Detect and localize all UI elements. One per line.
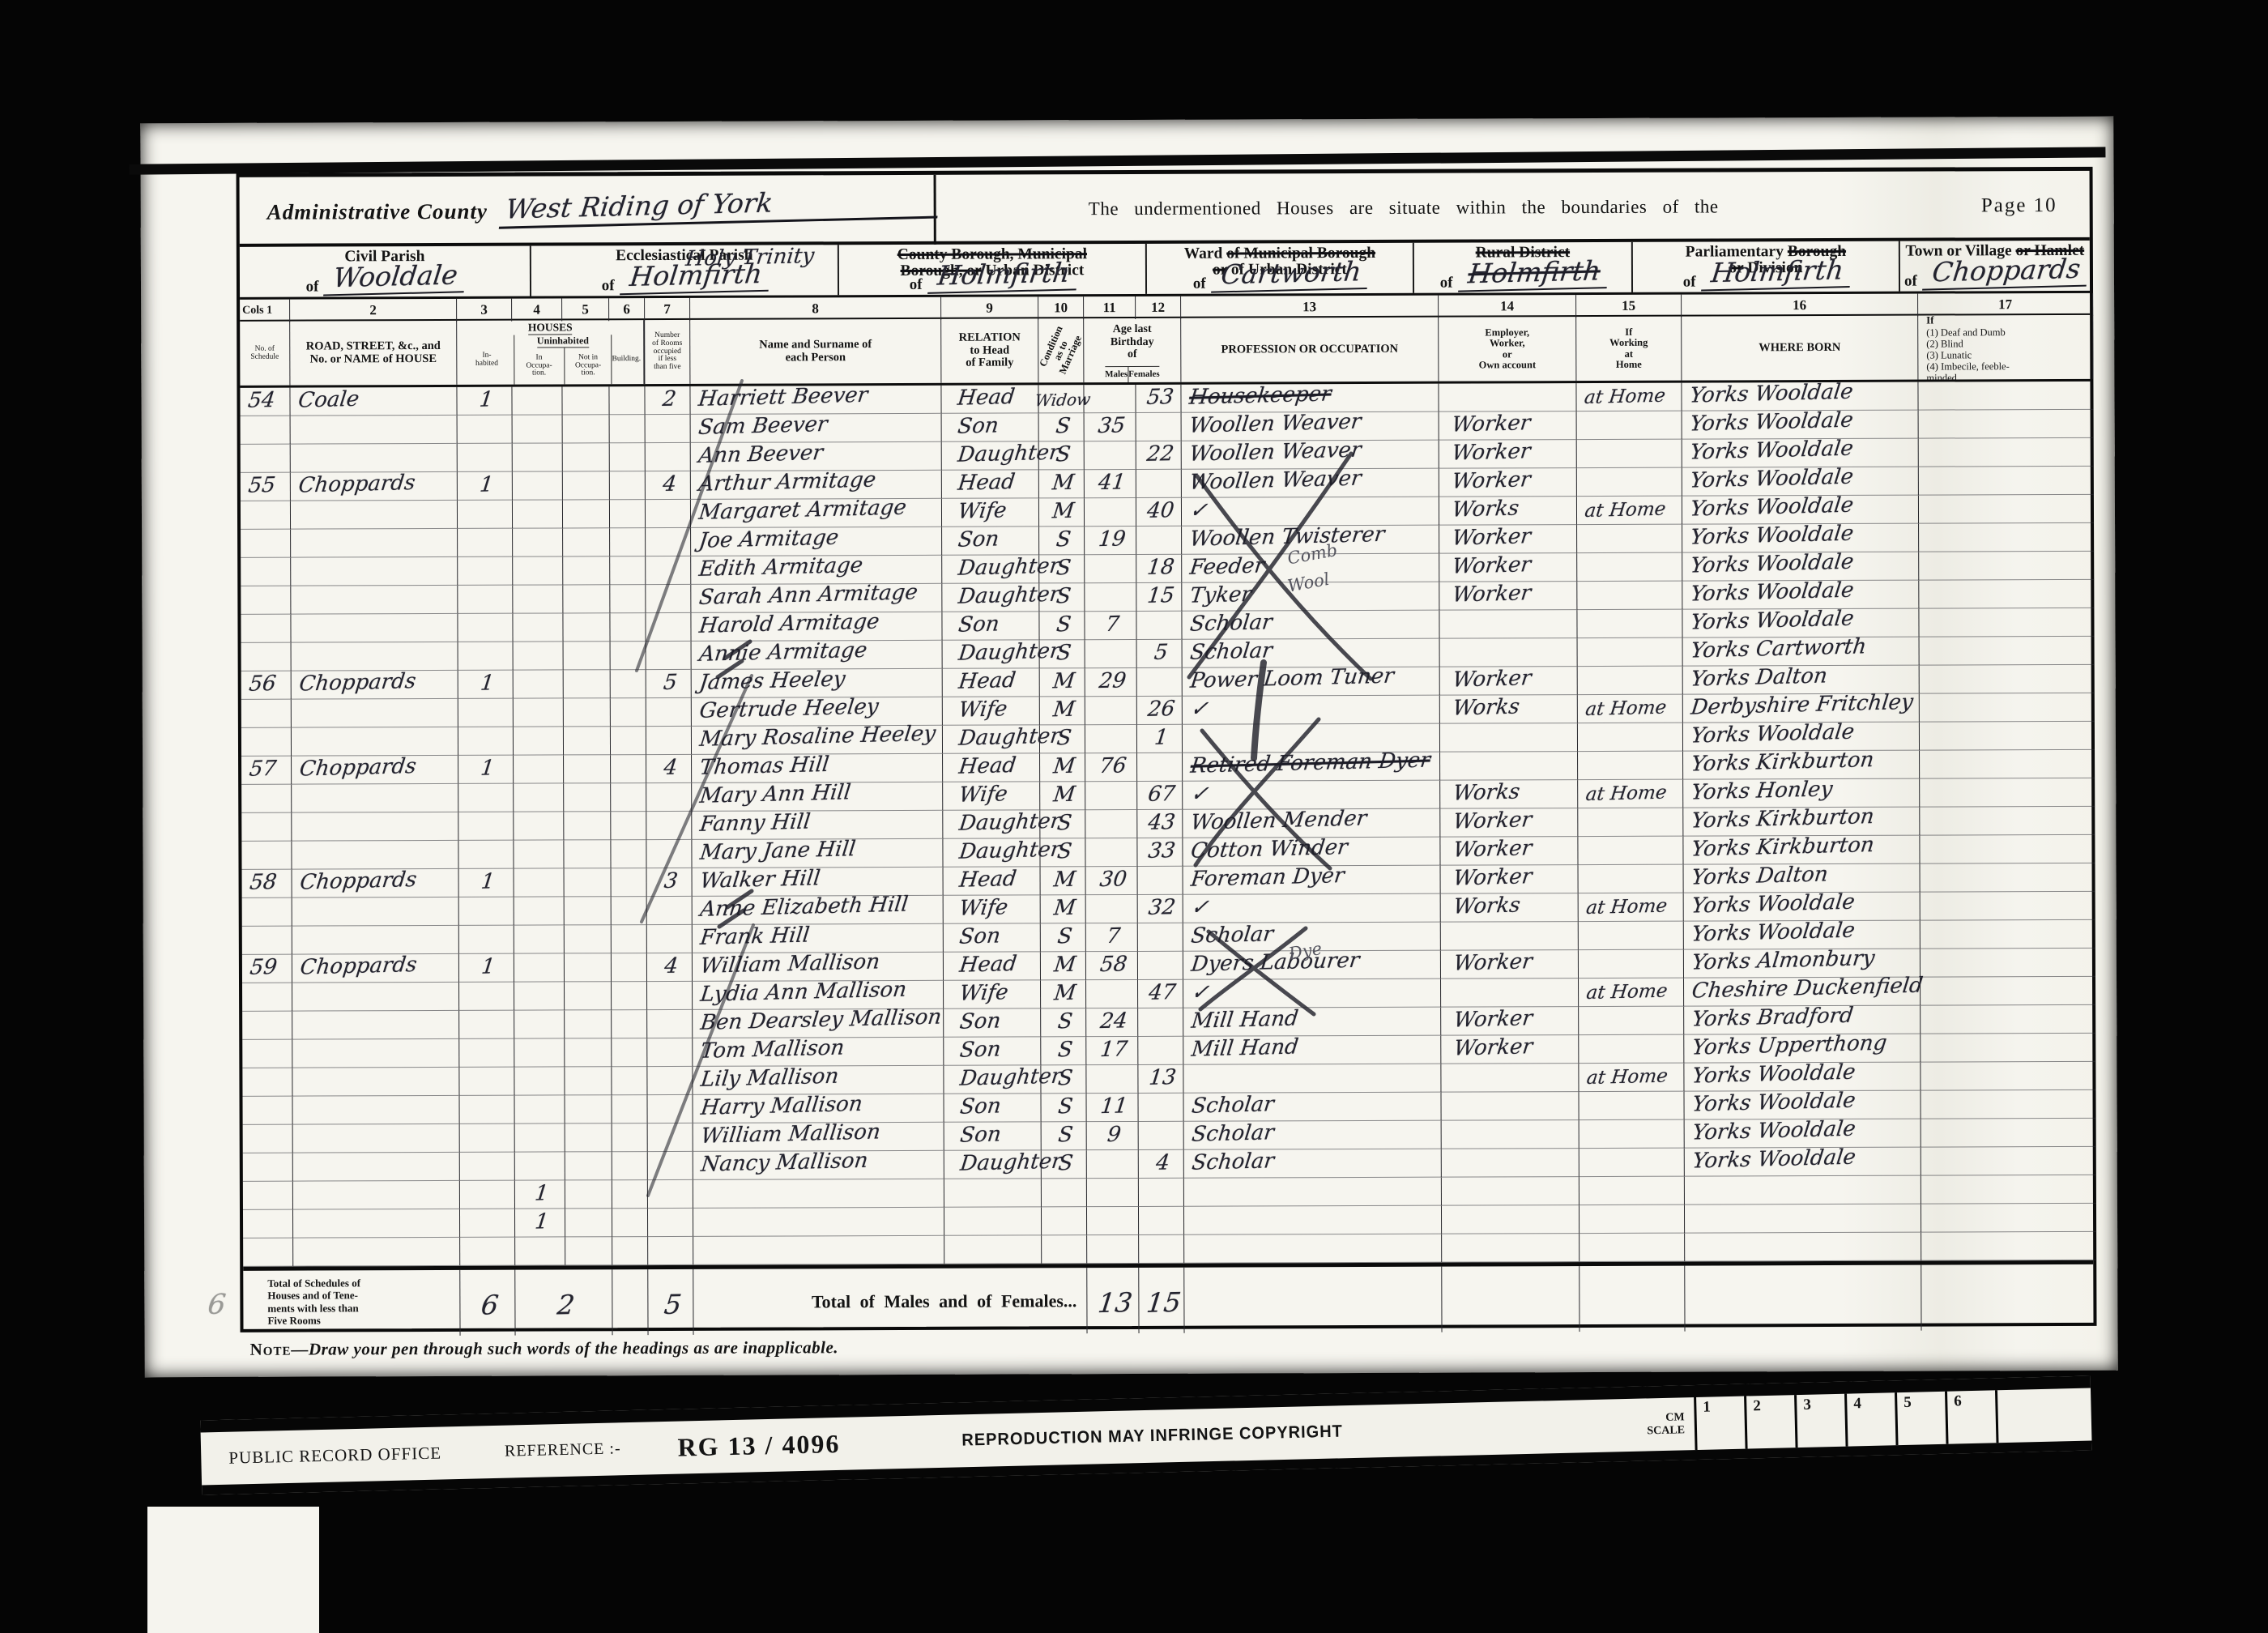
cell-uninhabited-in-occupation: [515, 1237, 565, 1265]
cell-relation: Head: [941, 385, 1038, 413]
cell-where-born: Yorks Kirkburton: [1683, 751, 1920, 780]
cell-building: [612, 925, 647, 953]
cell-inhabited: 1: [459, 954, 514, 983]
cell-rooms: 2: [645, 386, 690, 415]
cell-rooms: [648, 1152, 693, 1180]
cell-inhabited: [458, 529, 513, 557]
cell-age-male: [1085, 725, 1137, 753]
urban-district-cell: County Borough, Municipal Borough, or Ur…: [839, 244, 1147, 295]
cell-person-name: Harry Mallison: [693, 1094, 944, 1123]
cell-building: [611, 727, 646, 755]
cell-building: [611, 642, 646, 670]
cell-working-at-home: [1579, 1177, 1685, 1205]
cell-building: [610, 500, 646, 528]
cell-age-female: 22: [1136, 441, 1182, 470]
cell-uninhabited-not-in-occupation: [565, 1067, 612, 1095]
cell-age-male: 9: [1087, 1122, 1139, 1150]
cell-age-female: 53: [1136, 385, 1181, 413]
cell-schedule-number: [241, 643, 292, 672]
cell-building: [610, 443, 646, 471]
cell-age-male: [1086, 980, 1138, 1008]
cell-schedule-number: [242, 1040, 292, 1068]
cell-condition: S: [1041, 1008, 1086, 1037]
cell-working-at-home: at Home: [1579, 893, 1684, 922]
cell-inhabited: [458, 699, 514, 727]
cell-age-female: 15: [1136, 583, 1182, 612]
cell-schedule-number: 57: [241, 757, 292, 785]
cell-schedule-number: [243, 1182, 293, 1210]
cell-inhabited: [458, 812, 514, 841]
cell-age-male: 7: [1085, 612, 1136, 640]
cell-condition: S: [1041, 1065, 1086, 1094]
cell-inhabited: [458, 642, 514, 671]
totals-at-home: [1579, 1266, 1685, 1332]
cell-working-at-home: at Home: [1578, 780, 1683, 808]
cell-employer-worker: [1442, 1177, 1579, 1206]
cell-inhabited: [460, 1209, 515, 1238]
cell-age-male: [1085, 555, 1136, 583]
cell-age-male: 19: [1085, 527, 1136, 555]
cell-age-male: 41: [1085, 470, 1136, 498]
cell-house-name: [292, 983, 459, 1012]
cell-house-name: [291, 416, 458, 445]
cell-person-name: Fanny Hill: [692, 811, 943, 840]
heading-condition: Condition as to Marriage: [1038, 318, 1084, 382]
parl-value: Holmfirth: [1701, 254, 1853, 291]
cell-relation: Head: [943, 753, 1040, 782]
cell-inhabited: [458, 586, 513, 614]
col-num: 14: [1439, 295, 1576, 318]
cell-uninhabited-not-in-occupation: [564, 670, 611, 698]
heading-name-surname: Name and Surname of each Person: [690, 319, 941, 384]
cell-uninhabited-not-in-occupation: [563, 415, 610, 443]
cell-age-male: [1087, 1150, 1139, 1179]
cell-uninhabited-not-in-occupation: [565, 1152, 612, 1180]
heading-not-in-occupation: Not in Occupa- tion.: [565, 347, 612, 384]
cell-person-name: Lily Mallison: [693, 1066, 944, 1095]
cell-schedule-number: [241, 615, 291, 643]
cell-age-female: 18: [1136, 555, 1182, 583]
cell-condition: S: [1040, 838, 1085, 867]
cell-condition: M: [1041, 867, 1086, 895]
cell-uninhabited-in-occupation: [514, 840, 564, 868]
totals-females: 15: [1139, 1268, 1184, 1333]
census-scan-page: { "colors": { "background": "#050505", "…: [0, 0, 2268, 1633]
cell-condition: S: [1039, 583, 1085, 612]
cell-uninhabited-not-in-occupation: [565, 953, 612, 982]
cell-rooms: [646, 613, 691, 642]
cell-rooms: [646, 727, 692, 755]
of-word: of: [306, 278, 319, 296]
cell-infirmity: [1919, 523, 2094, 552]
cell-person-name: Ben Dearsley Mallison: [693, 1009, 944, 1038]
cell-uninhabited-not-in-occupation: [565, 982, 612, 1010]
cell-age-female: 67: [1137, 782, 1183, 810]
col-num: 17: [1918, 293, 2093, 317]
col-num: 12: [1136, 296, 1181, 319]
cell-uninhabited-in-occupation: [514, 1067, 565, 1095]
cell-house-name: [291, 557, 458, 586]
cell-building: [612, 1152, 648, 1180]
cell-uninhabited-in-occupation: [513, 556, 563, 585]
cell-schedule-number: [241, 785, 292, 813]
cell-working-at-home: [1579, 1120, 1685, 1149]
heading-profession: PROFESSION OR OCCUPATION: [1181, 318, 1439, 382]
cell-infirmity: [1921, 1204, 2096, 1233]
admin-county-label: Administrative County: [267, 198, 488, 224]
cell-rooms: [647, 1010, 693, 1038]
cell-relation: Son: [942, 527, 1039, 555]
cell-schedule-number: 59: [242, 955, 292, 983]
cell-age-female: [1138, 1008, 1183, 1037]
cell-age-female: [1139, 1235, 1184, 1264]
cell-uninhabited-in-occupation: 1: [515, 1180, 565, 1209]
cell-age-male: [1086, 895, 1138, 923]
cell-person-name: Harriett Beever: [690, 386, 941, 415]
cell-rooms: [647, 1095, 693, 1123]
heading-houses: HOUSES: [528, 320, 573, 335]
cell-relation: Daughter: [942, 555, 1039, 583]
of-word: of: [602, 277, 615, 295]
cell-uninhabited-not-in-occupation: [563, 585, 610, 613]
cell-age-female: [1136, 527, 1182, 555]
cell-relation: Wife: [943, 782, 1040, 810]
cell-where-born: Yorks Wooldale: [1685, 1119, 1921, 1149]
cell-house-name: Choppards: [292, 954, 459, 983]
cell-infirmity: [1920, 665, 2095, 694]
cell-uninhabited-in-occupation: [514, 953, 565, 982]
cell-age-female: [1139, 1122, 1184, 1150]
cell-where-born: Yorks Wooldale: [1682, 609, 1919, 638]
cell-house-name: [293, 1096, 460, 1125]
scale-cell: 6: [1945, 1390, 1997, 1443]
cell-relation: Head: [942, 470, 1039, 498]
cell-uninhabited-in-occupation: [514, 698, 564, 727]
cell-uninhabited-in-occupation: [515, 1123, 565, 1152]
cell-condition: S: [1042, 1122, 1087, 1150]
cell-inhabited: 1: [457, 387, 512, 416]
cell-building: [612, 1123, 648, 1152]
col-num: Cols 1: [240, 300, 290, 322]
cell-infirmity: [1921, 1005, 2095, 1034]
cell-uninhabited-in-occupation: [514, 897, 565, 925]
cell-where-born: Yorks Wooldale: [1682, 496, 1919, 525]
cell-relation: Daughter: [944, 1150, 1042, 1179]
cell-occupation: Housekeeper: [1181, 384, 1439, 413]
cell-rooms: [646, 500, 691, 528]
cell-relation: [944, 1179, 1042, 1207]
cell-house-name: [293, 1124, 460, 1153]
col-num: 3: [457, 299, 512, 322]
town-value: Choppards: [1922, 253, 2091, 291]
col-num: 5: [562, 298, 609, 321]
cell-inhabited: [460, 1238, 515, 1266]
cell-uninhabited-not-in-occupation: [565, 925, 612, 953]
cell-rooms: [646, 783, 692, 812]
cell-employer-worker: Worker: [1439, 440, 1577, 469]
cell-age-male: [1084, 385, 1136, 413]
reference-label: REFERENCE :-: [505, 1439, 621, 1460]
cell-working-at-home: [1579, 1007, 1684, 1035]
cell-building: [609, 386, 645, 415]
cell-rooms: [647, 897, 693, 925]
cell-uninhabited-in-occupation: [515, 1152, 565, 1180]
cell-working-at-home: at Home: [1578, 695, 1683, 723]
cell-house-name: [292, 926, 459, 955]
cell-uninhabited-in-occupation: [513, 500, 563, 528]
cell-relation: Daughter: [943, 725, 1040, 753]
cell-person-name: Ann Beever: [691, 442, 942, 471]
cell-rooms: [646, 642, 692, 670]
cell-relation: Daughter: [942, 441, 1039, 470]
cell-age-female: 13: [1138, 1065, 1183, 1094]
cell-occupation: Power Loom Tuner: [1183, 667, 1440, 697]
heading-in-occupation: In Occupa- tion.: [514, 347, 565, 384]
cell-age-female: [1138, 867, 1183, 895]
cell-schedule-number: [243, 1097, 293, 1125]
cell-age-female: [1138, 1037, 1183, 1065]
cell-relation: Daughter: [943, 640, 1040, 668]
cell-age-male: [1085, 583, 1136, 612]
cell-infirmity: [1919, 552, 2094, 581]
cell-building: [611, 783, 646, 812]
cell-where-born: Yorks Wooldale: [1682, 467, 1919, 497]
cell-uninhabited-not-in-occupation: [565, 1010, 612, 1038]
cell-schedule-number: [243, 1210, 293, 1239]
cell-occupation: [1184, 1178, 1442, 1207]
cell-working-at-home: at Home: [1579, 979, 1684, 1007]
cell-where-born: Yorks Wooldale: [1682, 439, 1919, 468]
cell-condition: Widow: [1038, 385, 1084, 413]
cell-employer-worker: [1440, 638, 1578, 667]
cell-schedule-number: [241, 813, 292, 842]
cell-schedule-number: [242, 1012, 292, 1040]
cell-uninhabited-not-in-occupation: [564, 698, 611, 727]
cell-uninhabited-in-occupation: [514, 812, 564, 840]
heading-road-street: ROAD, STREET, &c., and No. or NAME of HO…: [290, 321, 457, 386]
cell-age-female: [1139, 1207, 1184, 1235]
cell-house-name: [291, 586, 458, 615]
cell-occupation: ✓: [1183, 781, 1440, 810]
scale-cell: 1: [1694, 1396, 1746, 1450]
cell-occupation: ✓: [1182, 497, 1439, 527]
reference-value: RG 13 / 4096: [677, 1429, 841, 1463]
cell-relation: Head: [943, 668, 1040, 697]
cell-working-at-home: [1577, 525, 1682, 553]
cell-employer-worker: Worker: [1439, 525, 1577, 554]
cell-age-female: [1139, 1179, 1184, 1207]
cell-schedule-number: [241, 558, 291, 586]
heading-relation: RELATION to Head of Family: [941, 318, 1038, 382]
cell-condition: S: [1039, 527, 1085, 555]
cell-inhabited: [458, 444, 513, 472]
scale-cell: 4: [1844, 1392, 1896, 1446]
cell-age-male: 58: [1086, 952, 1138, 980]
cell-relation: Head: [944, 952, 1041, 980]
scale-cell: 2: [1744, 1395, 1796, 1448]
cell-inhabited: [459, 898, 514, 926]
cell-occupation: [1183, 1064, 1441, 1094]
col-num: 11: [1084, 296, 1136, 319]
cell-uninhabited-not-in-occupation: [565, 897, 612, 925]
cell-rooms: [646, 443, 691, 471]
ecclesiastical-parish-value: Holmfirth: [620, 258, 772, 295]
cell-relation: Son: [944, 1094, 1041, 1122]
cell-uninhabited-in-occupation: [513, 613, 563, 642]
cell-rooms: [647, 925, 693, 953]
cell-inhabited: [460, 1153, 515, 1181]
cell-age-male: [1087, 1207, 1139, 1235]
cell-where-born: [1685, 1204, 1921, 1234]
cell-uninhabited-not-in-occupation: [565, 1180, 612, 1209]
cell-working-at-home: [1579, 950, 1684, 979]
cell-employer-worker: [1441, 922, 1579, 951]
cell-age-male: [1085, 441, 1136, 470]
cell-schedule-number: [241, 586, 291, 615]
cell-condition: M: [1040, 753, 1085, 782]
cell-uninhabited-not-in-occupation: [563, 528, 610, 556]
cell-occupation: Woollen Weaver: [1182, 441, 1439, 470]
cell-relation: Wife: [944, 980, 1041, 1008]
cell-uninhabited-in-occupation: [514, 925, 565, 953]
col-num: 4: [512, 298, 562, 321]
heading-employer: Employer, Worker, or Own account: [1439, 317, 1576, 382]
cell-employer-worker: Works: [1439, 497, 1577, 526]
microfilm-strip: PUBLIC RECORD OFFICE REFERENCE :- RG 13 …: [200, 1376, 2092, 1495]
cell-rooms: [647, 982, 693, 1010]
cell-inhabited: [460, 1181, 515, 1209]
cell-uninhabited-not-in-occupation: [565, 1209, 612, 1237]
cell-inhabited: [458, 557, 513, 586]
cell-working-at-home: at Home: [1577, 497, 1682, 525]
cell-schedule-number: [243, 1125, 293, 1153]
cell-where-born: Yorks Kirkburton: [1683, 836, 1920, 865]
cell-schedule-number: [243, 1239, 293, 1267]
cell-condition: S: [1042, 1150, 1087, 1179]
cell-person-name: Harold Armitage: [691, 612, 942, 642]
cell-where-born: Yorks Wooldale: [1682, 552, 1919, 582]
cell-house-name: [292, 784, 458, 813]
heading-males: Males: [1105, 367, 1128, 382]
cell-working-at-home: [1578, 837, 1683, 865]
cell-age-female: 4: [1139, 1150, 1184, 1179]
cell-working-at-home: [1578, 808, 1683, 837]
cell-working-at-home: [1577, 440, 1682, 468]
of-word: of: [1440, 275, 1453, 292]
cell-house-name: Choppards: [292, 671, 458, 700]
urban-district-value: Holmfirth: [927, 256, 1080, 293]
cell-house-name: Choppards: [292, 869, 459, 898]
cell-occupation: Woollen Mender: [1183, 809, 1440, 838]
cell-infirmity: [1921, 949, 2095, 978]
cell-condition: M: [1040, 782, 1085, 810]
cell-occupation: Mill Hand: [1183, 1036, 1441, 1065]
cell-relation: Wife: [942, 498, 1039, 527]
cell-where-born: Yorks Wooldale: [1684, 893, 1921, 922]
cell-building: [611, 812, 646, 840]
cell-employer-worker: Worker: [1440, 808, 1578, 838]
parliamentary-division-cell: Parliamentary Borough or Division of Hol…: [1633, 241, 1900, 292]
cell-uninhabited-not-in-occupation: [565, 1038, 612, 1067]
scale-tail: [1995, 1388, 2091, 1443]
cell-uninhabited-in-occupation: [514, 868, 565, 897]
heading-uninhabited-group: Uninhabited In Occupa- tion. Not in Occu…: [514, 335, 612, 384]
cell-uninhabited-in-occupation: [514, 670, 564, 698]
cell-building: [610, 528, 646, 556]
cell-uninhabited-not-in-occupation: [563, 500, 610, 528]
cell-age-male: 24: [1086, 1008, 1138, 1037]
cell-condition: S: [1041, 923, 1086, 952]
cell-where-born: Yorks Wooldale: [1682, 524, 1919, 553]
cell-employer-worker: [1441, 1092, 1579, 1121]
cell-person-name: Tom Mallison: [693, 1038, 944, 1067]
cell-employer-worker: [1440, 723, 1578, 753]
cell-uninhabited-in-occupation: [514, 727, 564, 755]
cell-where-born: Yorks Wooldale: [1682, 581, 1919, 610]
ecclesiastical-parish-cell: Ecclesiastical Parish Holy Trinity of Ho…: [531, 245, 839, 296]
cell-age-male: [1085, 810, 1137, 838]
cell-house-name: Coale: [290, 387, 457, 416]
scale-cell: 5: [1895, 1392, 1946, 1445]
heading-infirmity-if: If: [1926, 315, 1933, 326]
cell-relation: Wife: [943, 697, 1040, 725]
admin-county-value: West Riding of York: [499, 183, 942, 229]
cell-rooms: 5: [646, 670, 692, 698]
cell-where-born: Yorks Wooldale: [1684, 1063, 1921, 1092]
cell-building: [611, 670, 646, 698]
cell-building: [611, 698, 646, 727]
cell-inhabited: 1: [458, 756, 514, 784]
ward-value: Cartworth: [1211, 255, 1371, 293]
cell-relation: Son: [944, 1122, 1042, 1150]
cell-employer-worker: Worker: [1439, 411, 1577, 441]
col-num: 10: [1038, 296, 1084, 319]
cell-working-at-home: [1579, 1092, 1684, 1120]
col-num: 2: [290, 299, 457, 322]
cell-where-born: Yorks Wooldale: [1682, 382, 1918, 411]
cell-occupation: Mill Hand: [1183, 1008, 1441, 1037]
col-num: 16: [1682, 294, 1918, 318]
cell-inhabited: [458, 727, 514, 756]
cell-age-male: 17: [1086, 1037, 1138, 1065]
cell-working-at-home: [1579, 1234, 1685, 1262]
cell-relation: Daughter: [944, 1065, 1041, 1094]
cell-house-name: [291, 444, 458, 473]
cell-building: [612, 868, 647, 897]
cell-occupation: Dyers LabourerDye: [1183, 951, 1441, 980]
cell-inhabited: 1: [458, 671, 514, 699]
cell-working-at-home: [1579, 1205, 1685, 1234]
cell-infirmity: [1921, 1034, 2095, 1063]
cell-condition: S: [1040, 725, 1085, 753]
cell-uninhabited-in-occupation: [513, 415, 563, 443]
cell-uninhabited-not-in-occupation: [563, 556, 610, 585]
cell-infirmity: [1919, 467, 2094, 496]
cell-building: [612, 953, 647, 982]
cell-house-name: [292, 841, 458, 870]
census-table-frame: Administrative County West Riding of Yor…: [237, 167, 2097, 1332]
cell-uninhabited-not-in-occupation: [564, 812, 611, 840]
cell-building: [612, 1010, 647, 1038]
cell-person-name: William Mallison: [693, 1123, 944, 1152]
col-num: 13: [1181, 296, 1439, 319]
cell-person-name: Mary Jane Hill: [692, 839, 943, 868]
cell-inhabited: [458, 784, 514, 812]
cell-building: [611, 840, 646, 868]
cell-condition: S: [1039, 413, 1085, 441]
cell-house-name: [291, 529, 458, 558]
cell-rooms: 4: [647, 953, 693, 982]
